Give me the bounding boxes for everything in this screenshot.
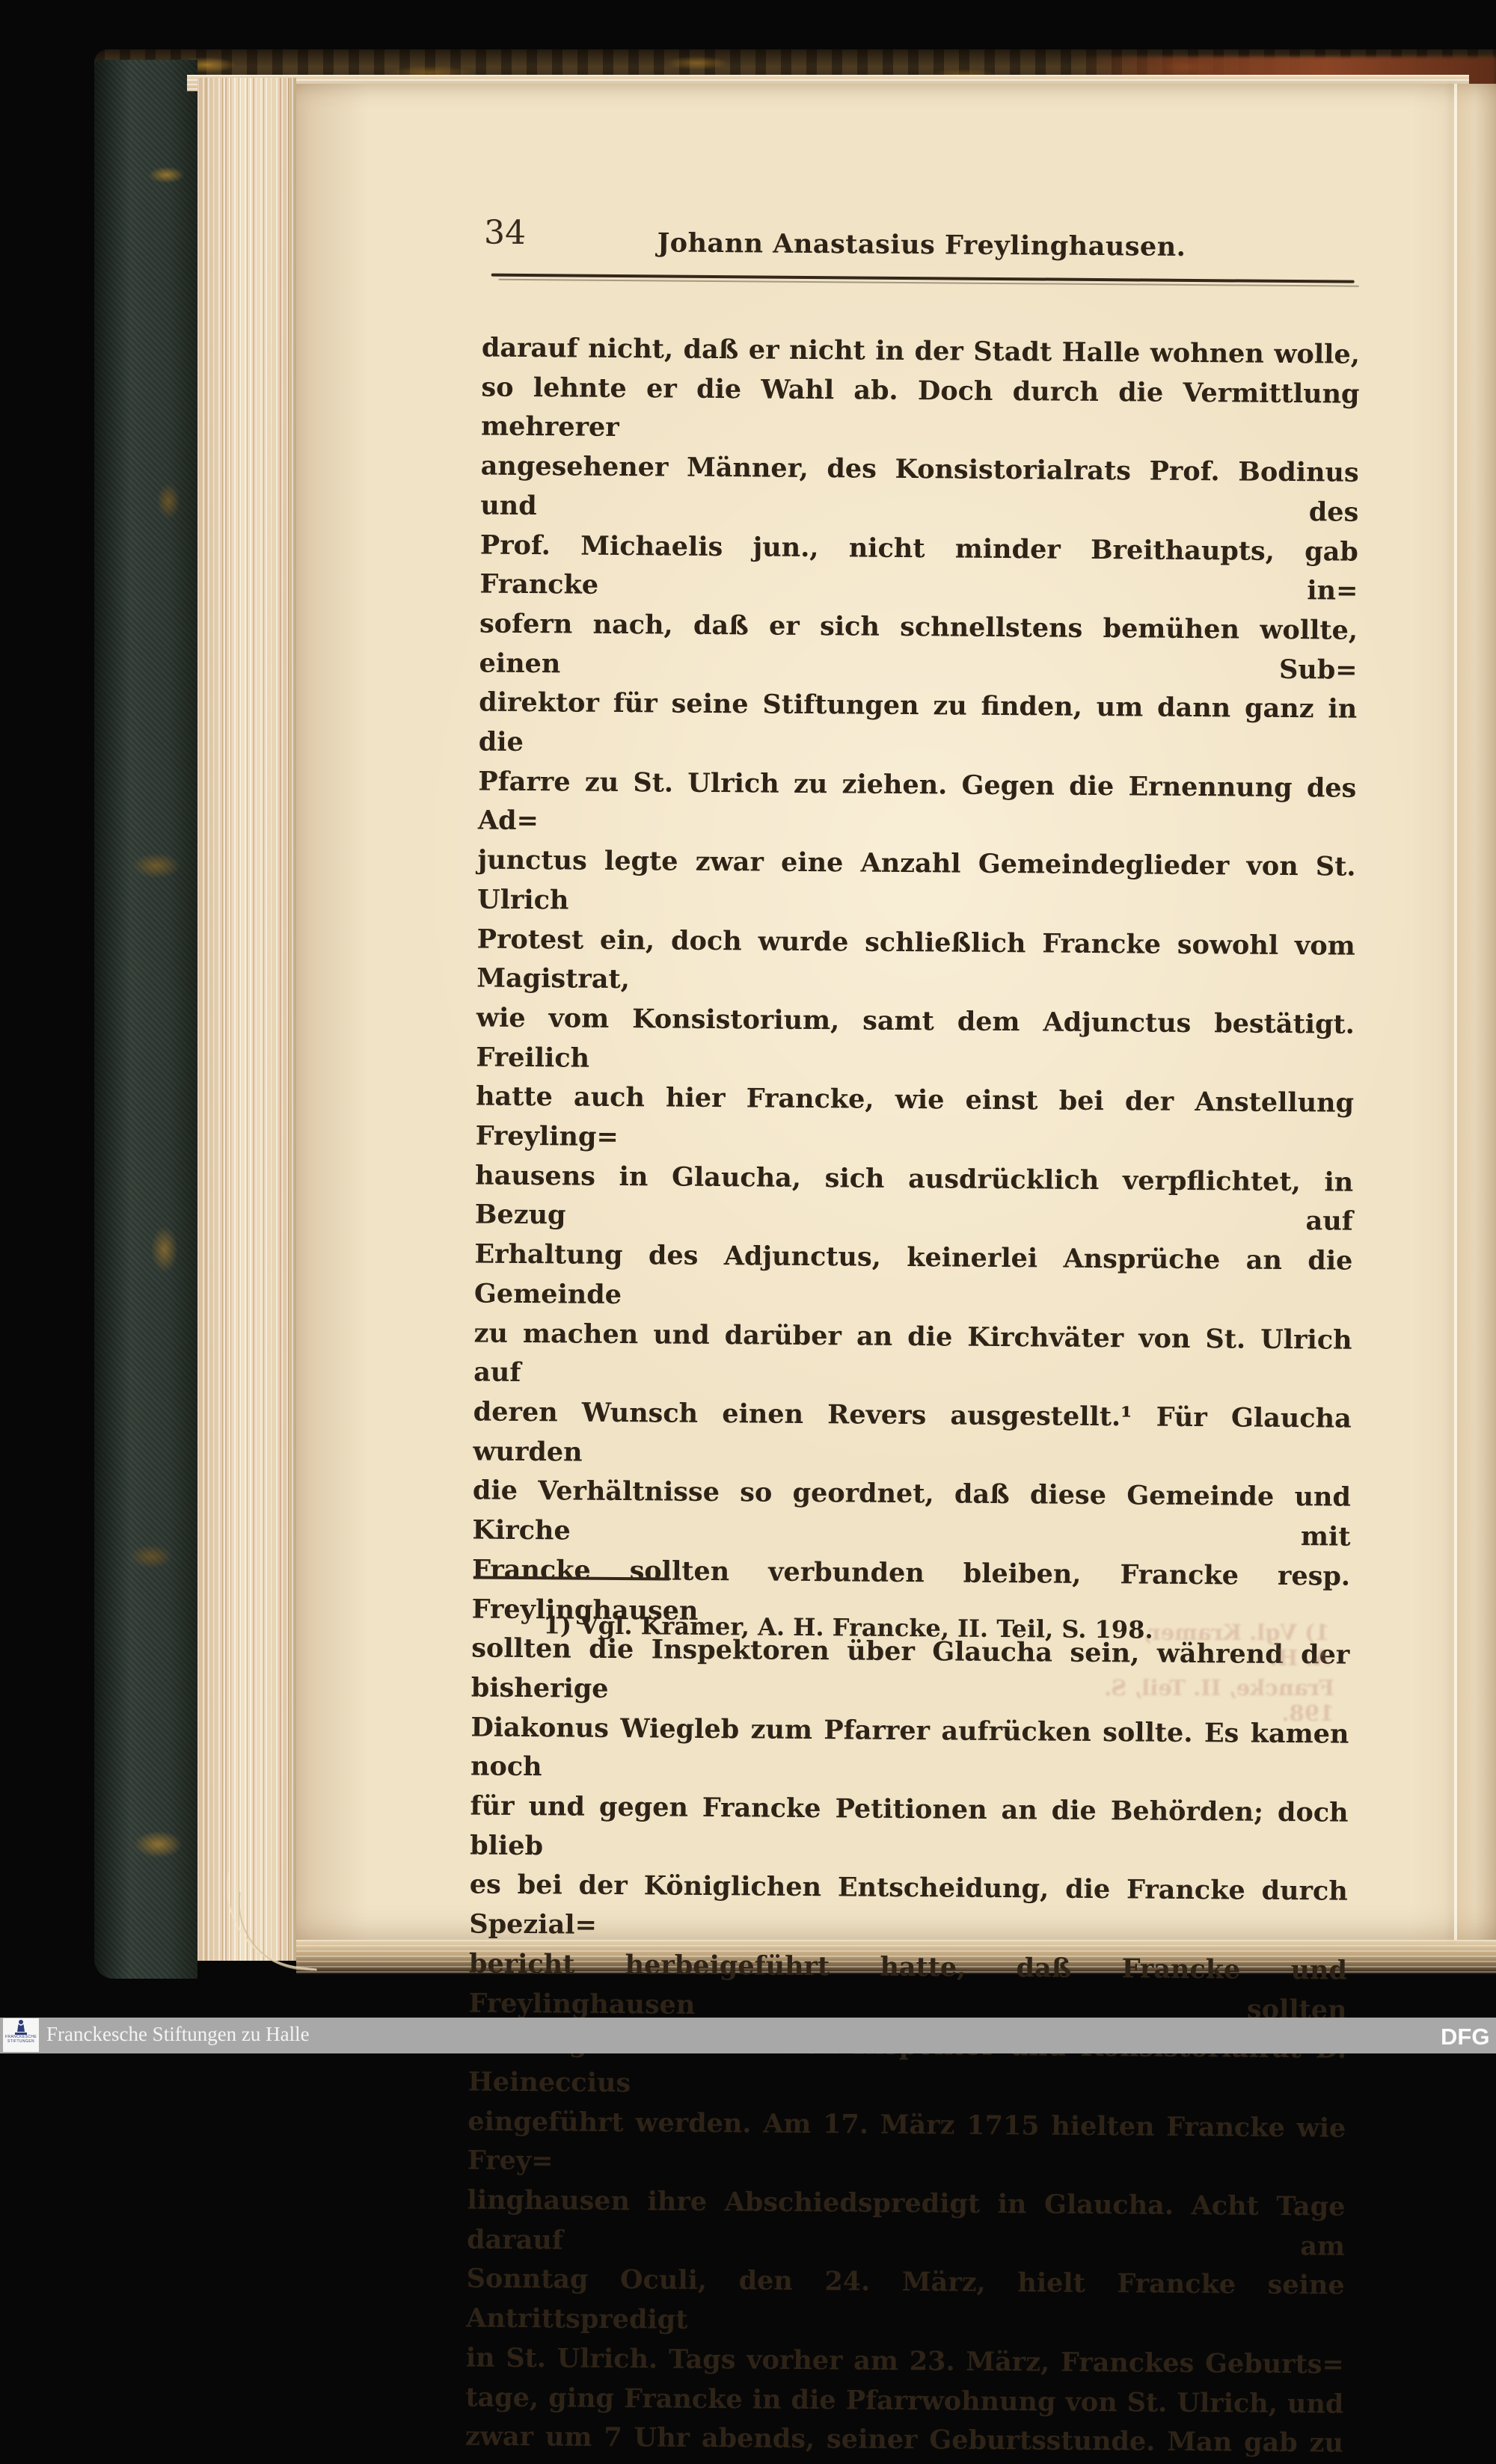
bleed-through-text: Francke, II. Teil, S. 198. [1101,1675,1334,1726]
running-header-title: Johann Anastasius Freylinghausen. [482,227,1361,264]
text-line: so lehnte er die Wahl ab. Doch durch die… [481,368,1360,454]
text-line: darauf nicht, daß er nicht in der Stadt … [482,329,1360,375]
logo-text-line2: STIFTUNGEN [3,2039,39,2044]
text-line: wie vom Konsistorium, samt dem Adjunctus… [476,998,1355,1084]
body-text: darauf nicht, daß er nicht in der Stadt … [465,329,1360,2053]
text-line: Prof. Michaelis jun., nicht minder Breit… [479,526,1358,612]
dfg-logo: DFG [1441,2024,1489,2050]
text-line: Protest ein, doch wurde schließlich Fran… [476,920,1355,1006]
book-spine-marbled-cover [94,60,197,1979]
text-line: zu machen und darüber an die Kirchväter … [473,1314,1352,1400]
page-stack-left-edges [197,78,296,1961]
text-line: die Verhältnisse so geordnet, daß diese … [472,1472,1351,1558]
text-line: hatte auch hier Francke, wie einst bei d… [475,1078,1354,1164]
text-line: Pfarre zu St. Ulrich zu ziehen. Gegen di… [478,762,1357,848]
franckesche-stiftungen-logo: FRANCKESCHE STIFTUNGEN [3,2018,39,2052]
text-line: für und gegen Francke Petitionen an die … [470,1786,1349,1872]
printed-page-content: 34 Johann Anastasius Freylinghausen. dar… [470,0,1362,1742]
franckesche-stiftungen-statue-icon [14,2020,28,2035]
text-line: angesehener Männer, des Konsistorialrats… [480,447,1359,533]
text-line: es bei der Königlichen Entscheidung, die… [469,1866,1348,1952]
gutter-shadow [1457,84,1496,1940]
bleed-through-text: 1) Vgl. Kramer, A. H. [1113,1620,1330,1671]
text-line: junctus legte zwar eine Anzahl Gemeindeg… [477,841,1356,927]
text-line: direktor für seine Stiftungen zu finden,… [479,683,1358,769]
text-line: sofern nach, daß er sich schnellstens be… [479,604,1358,690]
provider-name: Franckesche Stiftungen zu Halle [46,2023,310,2046]
text-line: Erhaltung des Adjunctus, keinerlei Anspr… [474,1235,1353,1321]
text-line: hausens in Glaucha, sich ausdrücklich ve… [475,1156,1354,1242]
text-line: deren Wunsch einen Revers ausgestellt.¹ … [473,1392,1352,1478]
